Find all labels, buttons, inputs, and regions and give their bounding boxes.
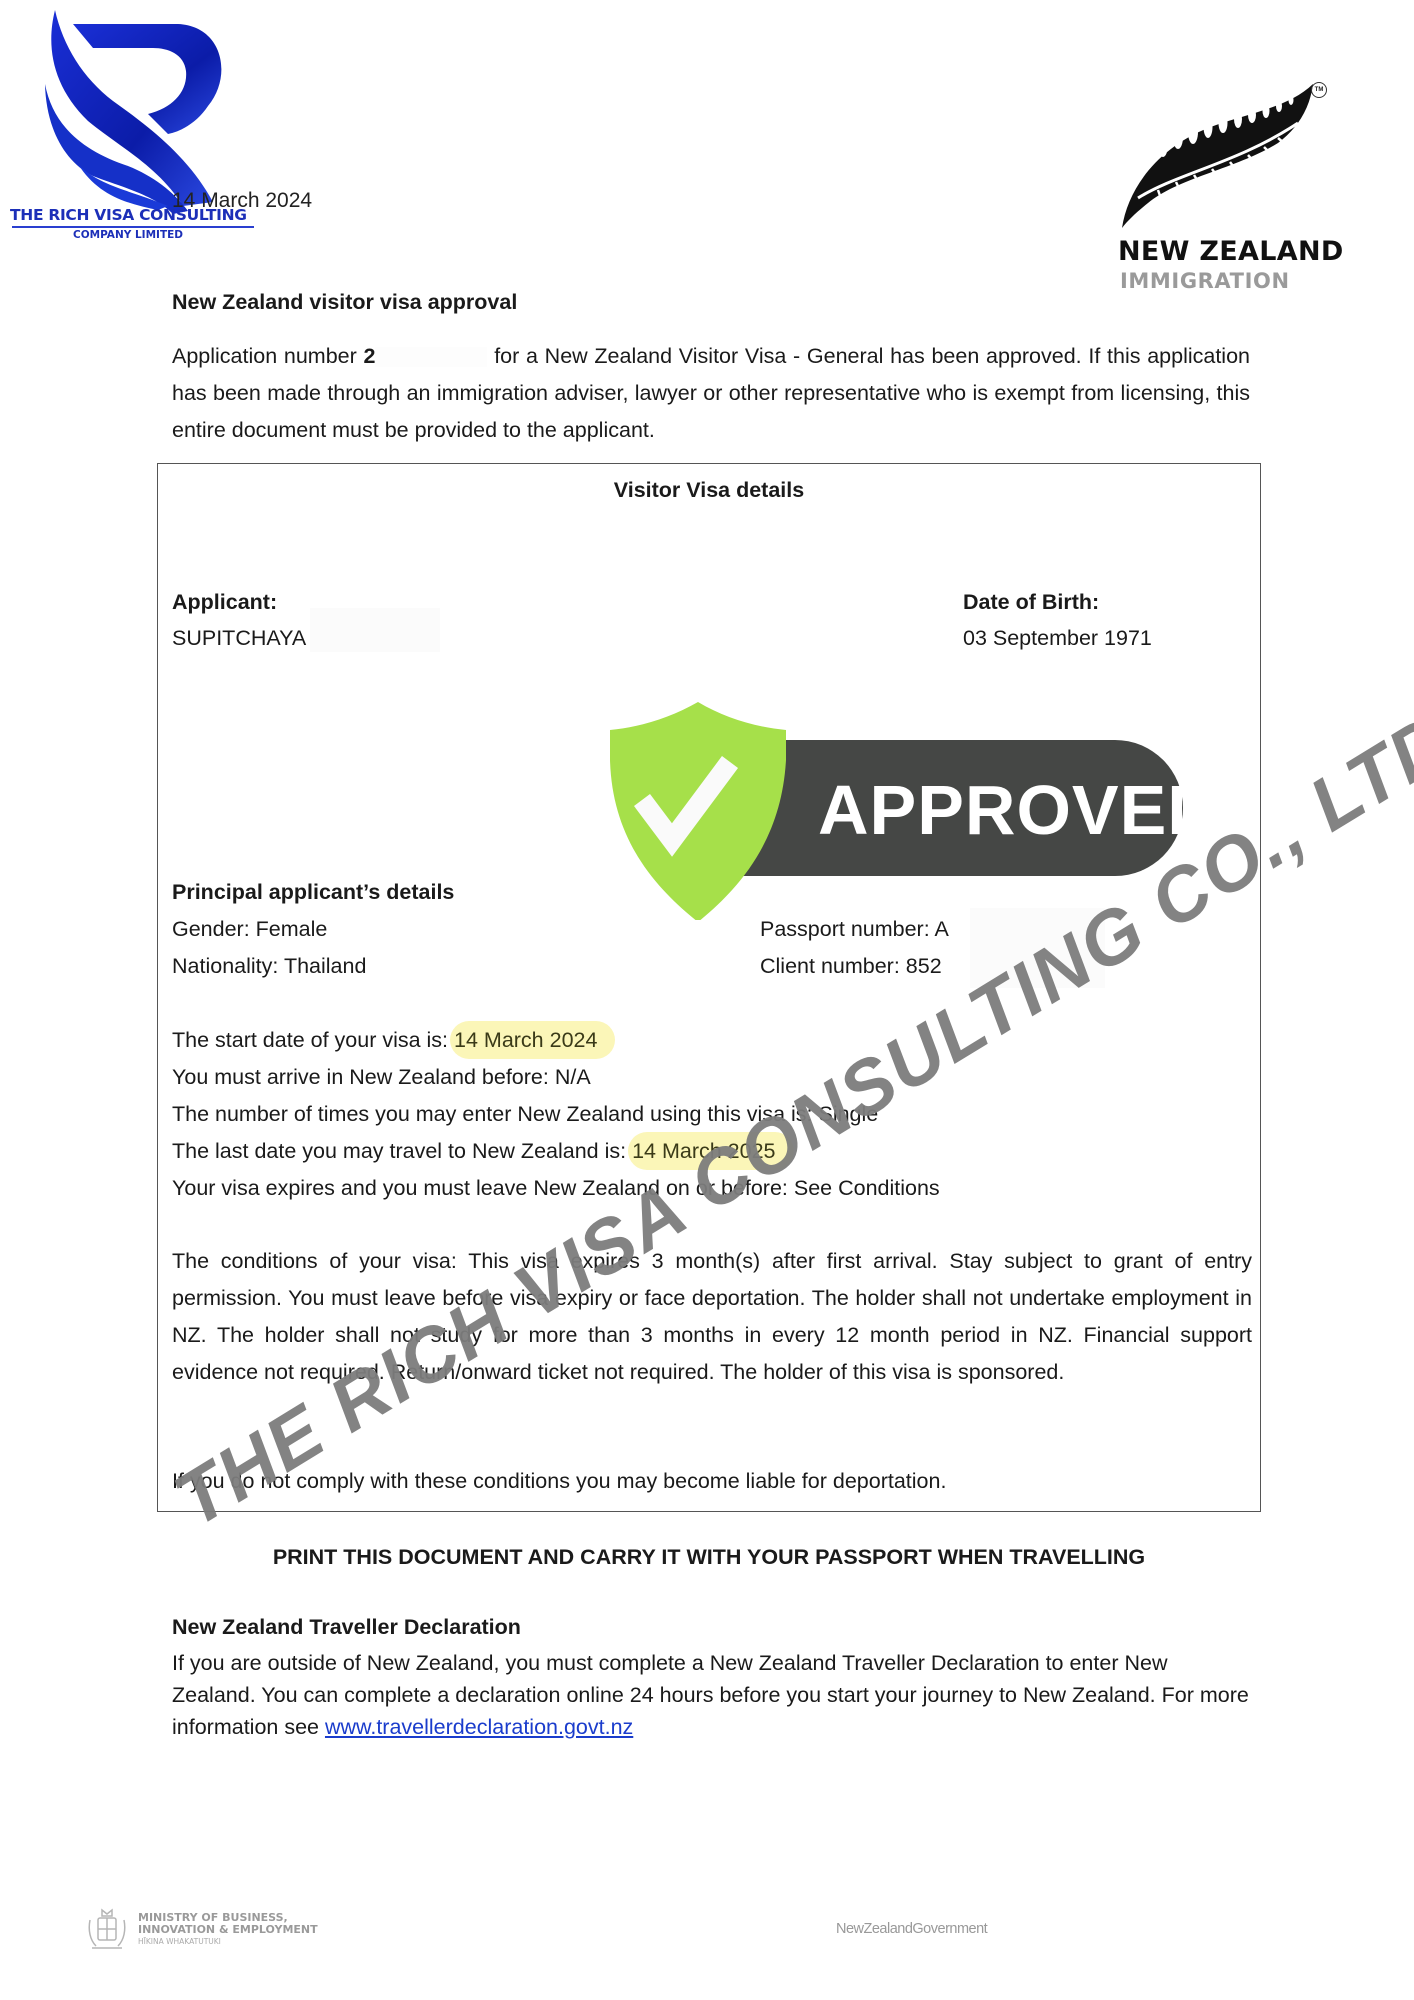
mbie-line-3: HĪKINA WHAKATUTUKI xyxy=(138,1936,318,1948)
mbie-logo-text: MINISTRY OF BUSINESS, INNOVATION & EMPLO… xyxy=(138,1912,318,1948)
visa-details-title: Visitor Visa details xyxy=(157,478,1261,503)
applicant-name: SUPITCHAYA xyxy=(172,620,306,657)
redaction-block xyxy=(310,608,440,652)
last-travel-value: 14 March 2025 xyxy=(628,1132,793,1170)
arrive-line: You must arrive in New Zealand before: N… xyxy=(172,1059,940,1096)
trademark-icon: TM xyxy=(1311,82,1327,98)
intro-prefix: Application number xyxy=(172,344,364,368)
principal-details-title: Principal applicant’s details xyxy=(172,874,454,911)
applicant-label: Applicant: xyxy=(172,584,277,621)
expiry-line: Your visa expires and you must leave New… xyxy=(172,1170,940,1207)
compliance-warning: If you do not comply with these conditio… xyxy=(172,1463,946,1500)
dob-value: 03 September 1971 xyxy=(963,620,1152,657)
intro-paragraph: Application number 2 for a New Zealand V… xyxy=(172,338,1250,449)
letter-title: New Zealand visitor visa approval xyxy=(172,290,517,315)
nationality: Nationality: Thailand xyxy=(172,948,366,985)
last-travel-label: The last date you may travel to New Zeal… xyxy=(172,1139,632,1163)
dob-label: Date of Birth: xyxy=(963,584,1099,621)
visa-terms: The start date of your visa is: 14 March… xyxy=(172,1022,940,1207)
nz-coat-of-arms-icon xyxy=(84,1906,130,1952)
visa-conditions: The conditions of your visa: This visa e… xyxy=(172,1243,1252,1391)
client-number: Client number: 852 xyxy=(760,948,942,985)
consultancy-divider xyxy=(12,226,254,228)
agency-name: NEW ZEALAND xyxy=(1118,236,1344,267)
application-number: 2 xyxy=(364,344,376,368)
entries-line: The number of times you may enter New Ze… xyxy=(172,1096,940,1133)
letter-date: 14 March 2024 xyxy=(172,189,312,213)
consultancy-subtitle: COMPANY LIMITED xyxy=(73,229,183,241)
redaction-block xyxy=(375,347,487,367)
declaration-title: New Zealand Traveller Declaration xyxy=(172,1615,521,1640)
agency-subname: IMMIGRATION xyxy=(1120,269,1290,293)
mbie-line-2: INNOVATION & EMPLOYMENT xyxy=(138,1924,318,1936)
start-date-value: 14 March 2024 xyxy=(450,1021,615,1059)
approved-label: APPROVED xyxy=(818,770,1219,850)
start-date-label: The start date of your visa is: xyxy=(172,1028,454,1052)
last-travel-line: The last date you may travel to New Zeal… xyxy=(172,1133,940,1170)
silver-fern-icon xyxy=(1118,78,1338,238)
redaction-block xyxy=(970,908,1105,988)
start-date-line: The start date of your visa is: 14 March… xyxy=(172,1022,940,1059)
gender: Gender: Female xyxy=(172,911,327,948)
print-notice: PRINT THIS DOCUMENT AND CARRY IT WITH YO… xyxy=(157,1545,1261,1570)
declaration-link[interactable]: www.travellerdeclaration.govt.nz xyxy=(325,1715,633,1739)
declaration-body: If you are outside of New Zealand, you m… xyxy=(172,1647,1252,1743)
nz-government-logo: NewZealandGovernment xyxy=(836,1921,987,1937)
